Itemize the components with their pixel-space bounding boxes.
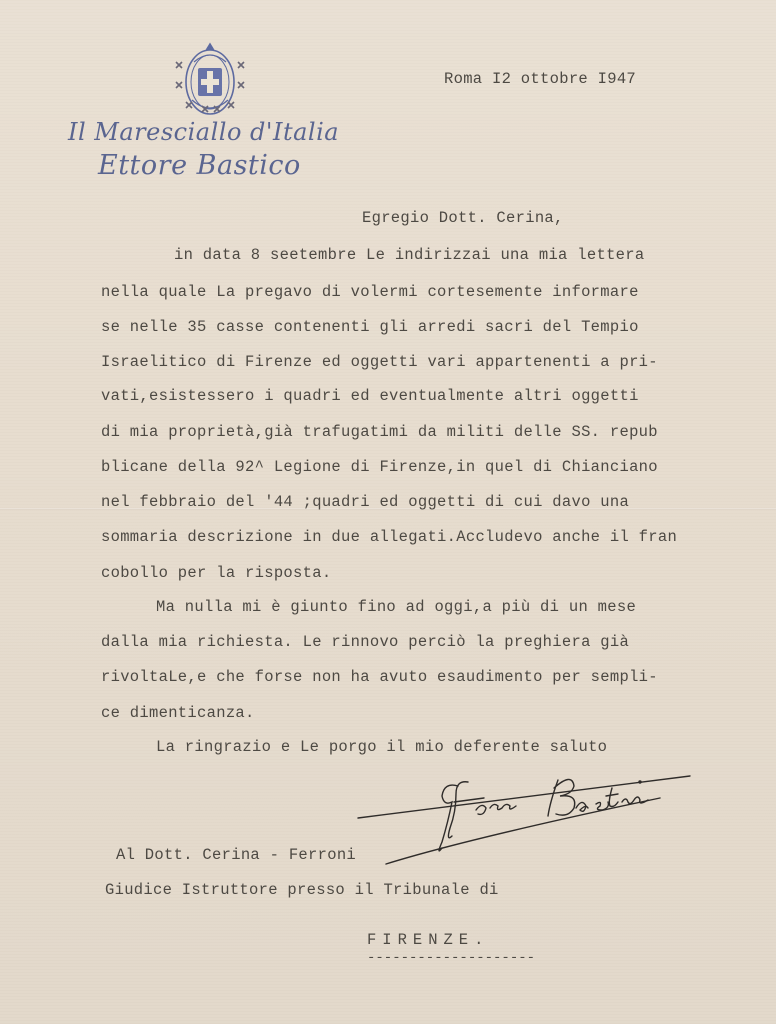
handwritten-signature — [350, 768, 700, 868]
body-line: vati,esistessero i quadri ed eventualmen… — [101, 387, 639, 405]
date-line: Roma I2 ottobre I947 — [444, 70, 636, 88]
body-line: Israelitico di Firenze ed oggetti vari a… — [101, 353, 658, 371]
body-line: nel febbraio del '44 ;quadri ed oggetti … — [101, 493, 629, 511]
body-line: ce dimenticanza. — [101, 704, 255, 722]
body-line: dalla mia richiesta. Le rinnovo perciò l… — [101, 633, 629, 651]
body-line: sommaria descrizione in due allegati.Acc… — [101, 528, 677, 546]
city-underline: -------------------- — [367, 950, 535, 966]
recipient-name: Al Dott. Cerina - Ferroni — [116, 846, 356, 864]
recipient-title: Giudice Istruttore presso il Tribunale d… — [105, 881, 499, 899]
body-line: blicane della 92^ Legione di Firenze,in … — [101, 458, 658, 476]
closing-line: La ringrazio e Le porgo il mio deferente… — [156, 738, 607, 756]
salutation: Egregio Dott. Cerina, — [362, 209, 564, 227]
letterhead-name: Ettore Bastico — [98, 150, 301, 181]
body-line: rivoltaLe,e che forse non ha avuto esaud… — [101, 668, 658, 686]
body-line: di mia proprietà,già trafugatimi da mili… — [101, 423, 658, 441]
body-line: nella quale La pregavo di volermi cortes… — [101, 283, 639, 301]
letterhead-title: Il Maresciallo d'Italia — [68, 118, 339, 146]
savoy-coat-of-arms-icon — [172, 40, 248, 120]
body-line: cobollo per la risposta. — [101, 564, 331, 582]
recipient-city: FIRENZE. — [367, 931, 489, 949]
body-line: Ma nulla mi è giunto fino ad oggi,a più … — [156, 598, 636, 616]
body-line: se nelle 35 casse contenenti gli arredi … — [101, 318, 639, 336]
body-line: in data 8 seetembre Le indirizzai una mi… — [174, 246, 644, 264]
